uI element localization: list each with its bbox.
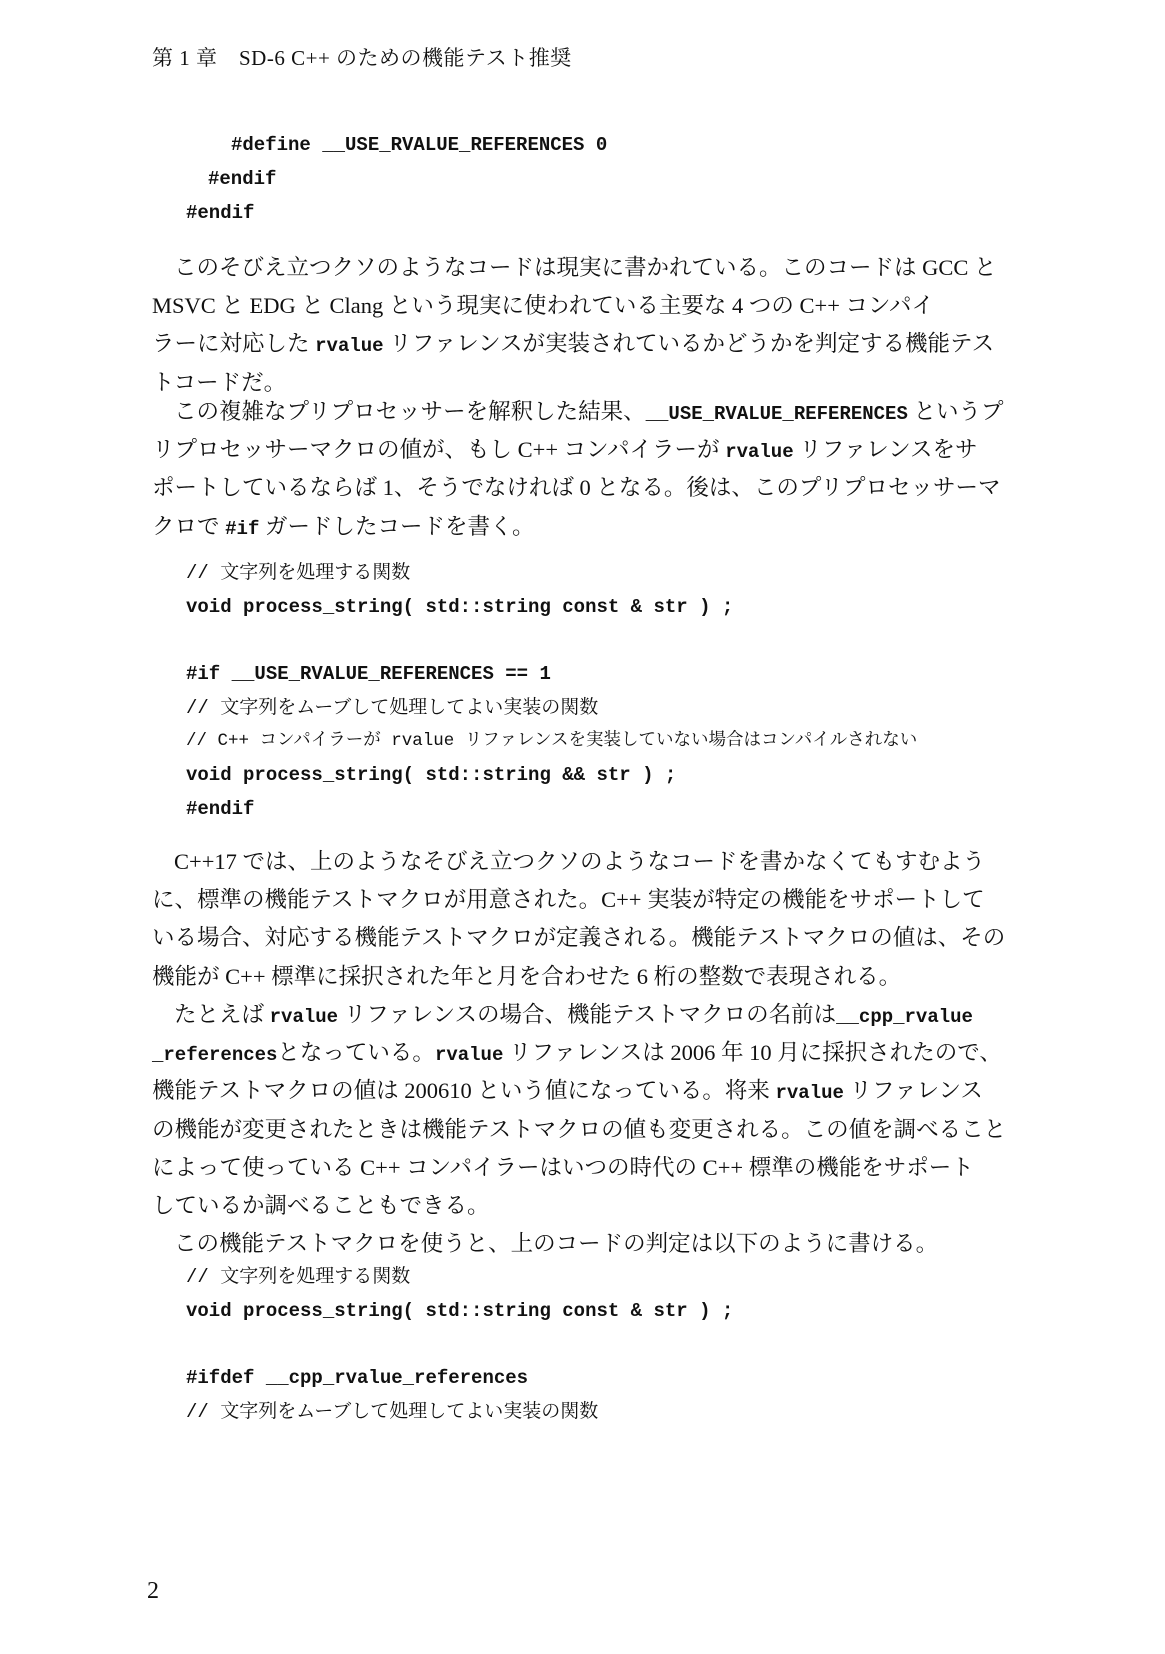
text-line: に、標準の機能テストマクロが用意された。C++ 実装が特定の機能をサポートして <box>152 881 1042 919</box>
inline-code: rvalue <box>315 335 383 357</box>
text-run: リファレンスをサ <box>794 437 978 462</box>
paragraph-2: この複雑なプリプロセッサーを解釈した結果、__USE_RVALUE_REFERE… <box>152 393 1042 546</box>
text-run: たとえば <box>174 1002 270 1027</box>
text-run: リファレンスの場合、機能テストマクロの名前は <box>338 1002 836 1027</box>
text-line: MSVC と EDG と Clang という現実に使われている主要な 4 つの … <box>152 287 1042 325</box>
code-line: #define __USE_RVALUE_REFERENCES 0 <box>231 128 607 162</box>
code-comment: // 文字列をムーブして処理してよい実装の関数 <box>186 691 598 725</box>
inline-code: rvalue <box>435 1044 503 1066</box>
inline-code: rvalue <box>725 441 793 463</box>
running-header: 第 1 章 SD-6 C++ のための機能テスト推奨 <box>152 42 572 72</box>
text-line: クロで #if ガードしたコードを書く。 <box>152 508 1042 546</box>
text-line: リプロセッサーマクロの値が、もし C++ コンパイラーが rvalue リファレ… <box>152 431 1042 469</box>
inline-code: rvalue <box>270 1006 338 1028</box>
text-run: ガードしたコードを書く。 <box>259 514 534 539</box>
code-line: void process_string( std::string const &… <box>186 590 733 624</box>
code-line: #ifdef __cpp_rvalue_references <box>186 1361 528 1395</box>
text-line: たとえば rvalue リファレンスの場合、機能テストマクロの名前は__cpp_… <box>152 996 1042 1034</box>
paragraph-1: このそびえ立つクソのようなコードは現実に書かれている。このコードは GCC と … <box>152 249 1042 402</box>
text-run: ラーに対応した <box>152 331 315 356</box>
text-line: このそびえ立つクソのようなコードは現実に書かれている。このコードは GCC と <box>152 249 1042 287</box>
code-line: #if __USE_RVALUE_REFERENCES == 1 <box>186 657 551 691</box>
text-line: の機能が変更されたときは機能テストマクロの値も変更される。この値を調べること <box>152 1111 1042 1149</box>
text-run: リファレンス <box>844 1078 983 1103</box>
inline-code: __USE_RVALUE_REFERENCES <box>646 403 908 425</box>
code-line: #endif <box>186 196 254 230</box>
code-comment: // C++ コンパイラーが rvalue リファレンスを実装していない場合はコ… <box>186 724 917 758</box>
page-number: 2 <box>147 1578 159 1605</box>
paragraph-3: C++17 では、上のようなそびえ立つクソのようなコードを書かなくてもすむよう … <box>152 843 1042 996</box>
code-comment: // 文字列をムーブして処理してよい実装の関数 <box>186 1395 598 1429</box>
code-line: void process_string( std::string const &… <box>186 1294 733 1328</box>
text-run: この複雑なプリプロセッサーを解釈した結果、 <box>174 399 646 424</box>
inline-code: rvalue <box>775 1082 843 1104</box>
text-run: リファレンスは 2006 年 10 月に採択されたので、 <box>503 1040 1002 1065</box>
text-line: しているか調べることもできる。 <box>152 1187 1042 1225</box>
inline-code: __cpp_rvalue <box>836 1006 973 1028</box>
inline-code: _references <box>152 1044 277 1066</box>
text-run: 機能テストマクロの値は 200610 という値になっている。将来 <box>152 1078 775 1103</box>
text-run: リプロセッサーマクロの値が、もし C++ コンパイラーが <box>152 437 725 462</box>
text-run: となっている。 <box>277 1040 435 1065</box>
text-line: ラーに対応した rvalue リファレンスが実装されているかどうかを判定する機能… <box>152 325 1042 363</box>
inline-code: #if <box>225 518 259 540</box>
code-comment: // 文字列を処理する関数 <box>186 556 410 590</box>
text-run: リファレンスが実装されているかどうかを判定する機能テス <box>384 331 995 356</box>
text-line: この機能テストマクロを使うと、上のコードの判定は以下のように書ける。 <box>152 1225 1042 1263</box>
text-line: _referencesとなっている。rvalue リファレンスは 2006 年 … <box>152 1034 1042 1072</box>
text-line: によって使っている C++ コンパイラーはいつの時代の C++ 標準の機能をサポ… <box>152 1149 1042 1187</box>
paragraph-4: たとえば rvalue リファレンスの場合、機能テストマクロの名前は__cpp_… <box>152 996 1042 1225</box>
text-run: クロで <box>152 514 225 539</box>
text-line: この複雑なプリプロセッサーを解釈した結果、__USE_RVALUE_REFERE… <box>152 393 1042 431</box>
text-line: C++17 では、上のようなそびえ立つクソのようなコードを書かなくてもすむよう <box>152 843 1042 881</box>
code-line: void process_string( std::string && str … <box>186 758 676 792</box>
code-comment: // 文字列を処理する関数 <box>186 1260 410 1294</box>
text-line: 機能テストマクロの値は 200610 という値になっている。将来 rvalue … <box>152 1072 1042 1110</box>
code-line: #endif <box>208 162 276 196</box>
text-line: 機能が C++ 標準に採択された年と月を合わせた 6 桁の整数で表現される。 <box>152 958 1042 996</box>
code-line: #endif <box>186 792 254 826</box>
text-line: いる場合、対応する機能テストマクロが定義される。機能テストマクロの値は、その <box>152 919 1042 957</box>
paragraph-5: この機能テストマクロを使うと、上のコードの判定は以下のように書ける。 <box>152 1225 1042 1263</box>
text-run: というプ <box>908 399 1004 424</box>
text-line: ポートしているならば 1、そうでなければ 0 となる。後は、このプリプロセッサー… <box>152 469 1042 507</box>
